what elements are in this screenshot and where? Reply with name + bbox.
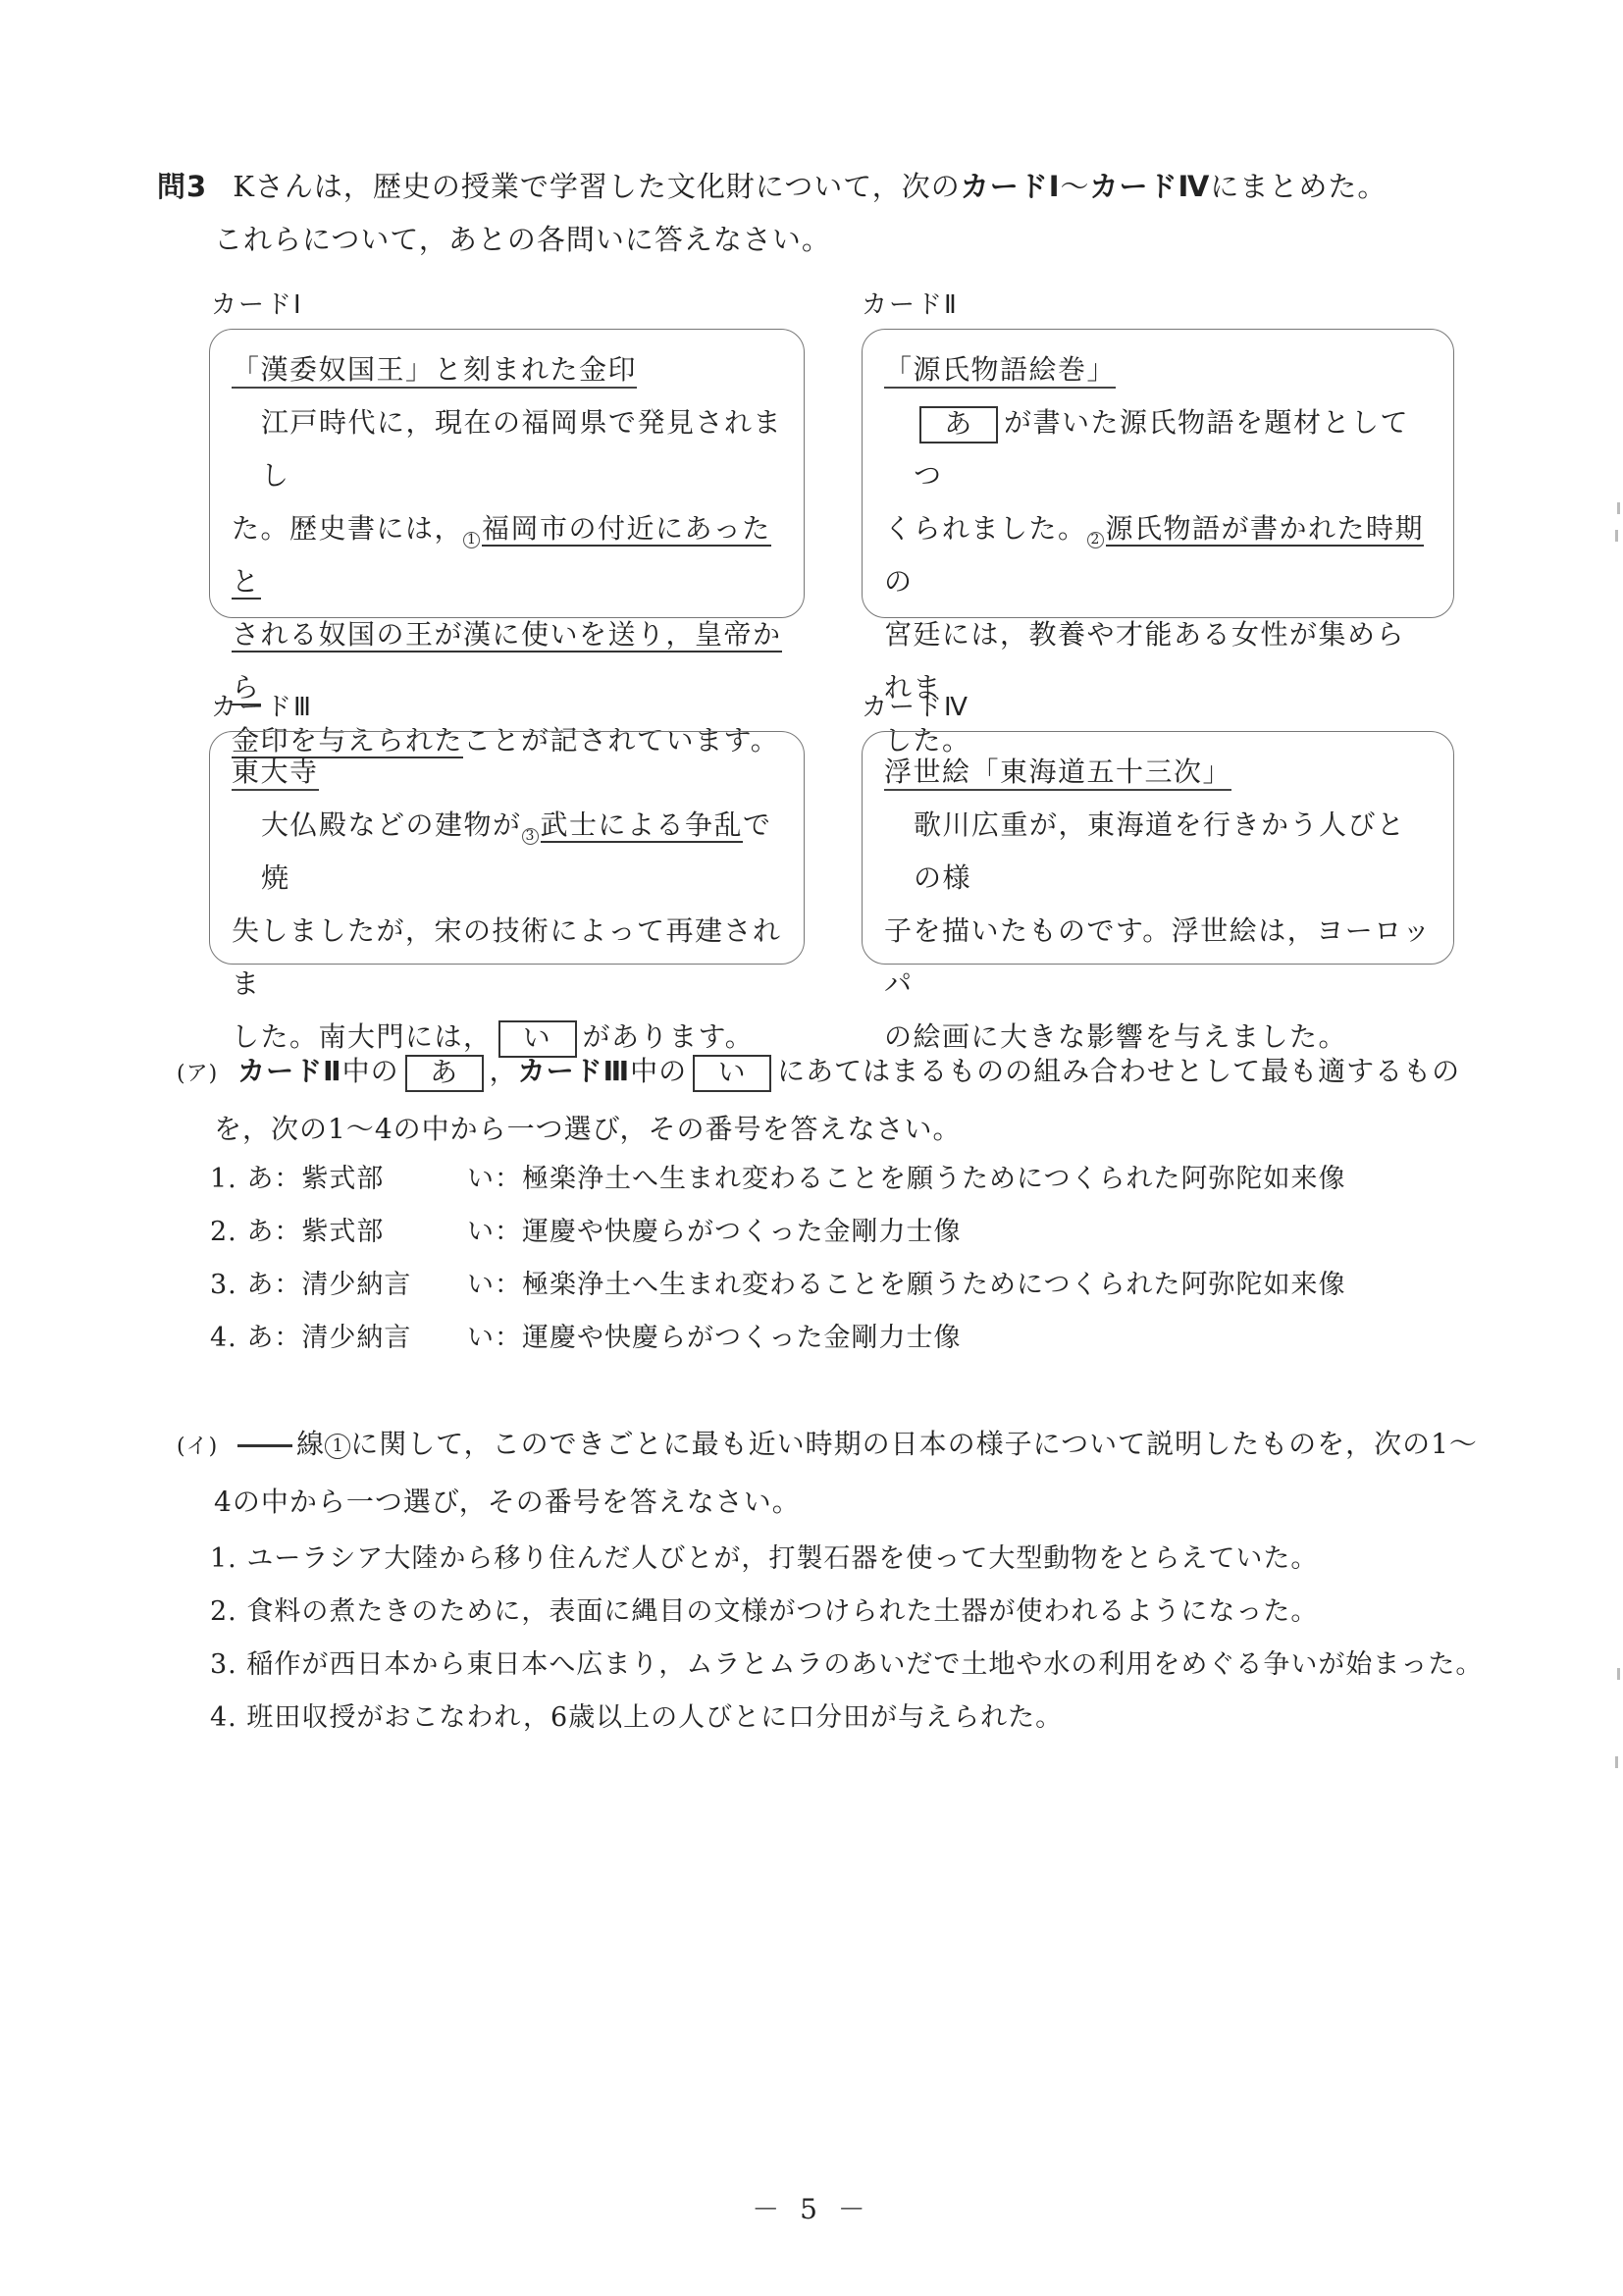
sub-question-a: (ア)カードⅡ中のあ，カードⅢ中のいにあてはまるものの組み合わせとして最も適する… <box>177 1044 1472 1157</box>
card-1-label: カードⅠ <box>211 285 303 321</box>
card-2-label: カードⅡ <box>862 285 959 321</box>
scan-artifact <box>1615 530 1618 542</box>
card-2: 「源氏物語絵巻」 あが書いた源氏物語を題材としてつ くられました。2源氏物語が書… <box>862 329 1454 618</box>
question-number: 問3 <box>157 170 207 203</box>
option-a-1[interactable]: 1. あ：紫式部い：極楽浄土へ生まれ変わることを願うためにつくられた阿弥陀如来像 <box>210 1153 1345 1206</box>
card-4-label: カードⅣ <box>862 687 969 723</box>
option-a-3[interactable]: 3. あ：清少納言い：極楽浄土へ生まれ変わることを願うためにつくられた阿弥陀如来… <box>210 1259 1345 1312</box>
marker-1: 1 <box>463 532 480 548</box>
scan-artifact <box>1617 502 1620 514</box>
page-number: － 5 － <box>0 2188 1623 2227</box>
marker-3: 3 <box>522 828 539 845</box>
underline-mark-icon <box>237 1444 292 1447</box>
underline-2: 源氏物語が書かれた時期 <box>1106 512 1425 547</box>
question-intro-line2: これらについて，あとの各問いに答えなさい。 <box>214 218 831 258</box>
option-i-4[interactable]: 4. 班田収授がおこなわれ，6歳以上の人びとに口分田が与えられた。 <box>210 1692 1483 1745</box>
blank-i-ref: い <box>693 1055 771 1092</box>
option-i-3[interactable]: 3. 稲作が西日本から東日本へ広まり，ムラとムラのあいだで土地や水の利用をめぐる… <box>210 1639 1483 1692</box>
blank-a-ref: あ <box>405 1055 484 1092</box>
option-a-2[interactable]: 2. あ：紫式部い：運慶や快慶らがつくった金剛力士像 <box>210 1206 1345 1259</box>
sub-question-i: (イ)線1に関して，このできごとに最も近い時期の日本の様子について説明したものを… <box>177 1417 1492 1530</box>
card-3-title: 東大寺 <box>232 756 319 791</box>
blank-a: あ <box>919 406 998 444</box>
underline-3: 武士による争乱 <box>541 809 744 843</box>
card-1: 「漢委奴国王」と刻まれた金印 江戸時代に，現在の福岡県で発見されまし た。歴史書… <box>209 329 805 618</box>
scan-artifact <box>1615 1756 1618 1768</box>
scan-artifact <box>1617 1668 1620 1680</box>
option-a-4[interactable]: 4. あ：清少納言い：運慶や快慶らがつくった金剛力士像 <box>210 1312 1345 1365</box>
question-intro: 問3Kさんは，歴史の授業で学習した文化財について，次のカードⅠ～カードⅣにまとめ… <box>157 167 1387 206</box>
card-1-title: 「漢委奴国王」と刻まれた金印 <box>232 353 637 389</box>
card-3-label: カードⅢ <box>211 687 313 723</box>
option-i-2[interactable]: 2. 食料の煮たきのために，表面に縄目の文様がつけられた土器が使われるようになっ… <box>210 1586 1483 1639</box>
marker-1-ref: 1 <box>325 1434 350 1459</box>
option-i-1[interactable]: 1. ユーラシア大陸から移り住んだ人びとが，打製石器を使って大型動物をとらえてい… <box>210 1533 1483 1586</box>
card-4: 浮世絵「東海道五十三次」 歌川広重が，東海道を行きかう人びとの様 子を描いたもの… <box>862 731 1454 965</box>
marker-2: 2 <box>1087 532 1104 548</box>
card-3: 東大寺 大仏殿などの建物が3武士による争乱で焼 失しましたが，宋の技術によって再… <box>209 731 805 965</box>
card-4-title: 浮世絵「東海道五十三次」 <box>884 756 1231 791</box>
card-2-title: 「源氏物語絵巻」 <box>884 353 1116 389</box>
options-a: 1. あ：紫式部い：極楽浄土へ生まれ変わることを願うためにつくられた阿弥陀如来像… <box>210 1153 1345 1365</box>
options-i: 1. ユーラシア大陸から移り住んだ人びとが，打製石器を使って大型動物をとらえてい… <box>210 1533 1483 1745</box>
